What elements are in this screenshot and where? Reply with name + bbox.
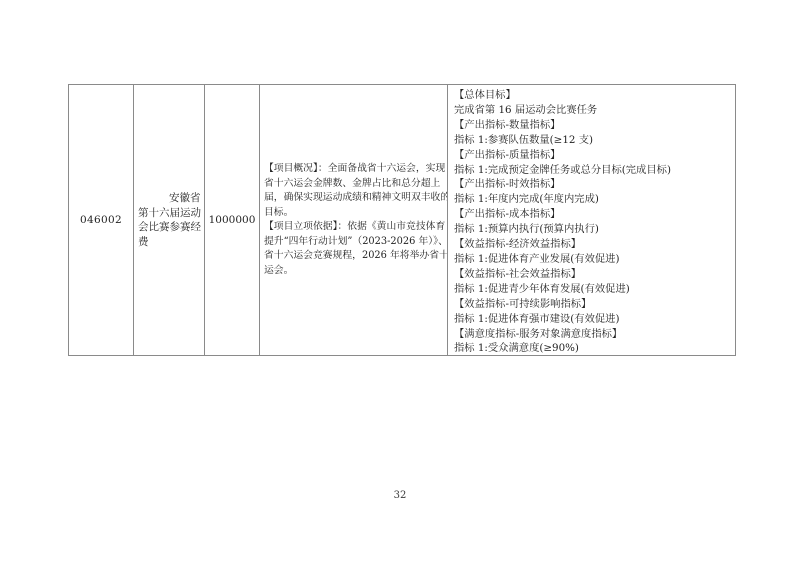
page-number: 32 — [0, 490, 800, 501]
project-amount-cell: 1000000 — [205, 85, 260, 355]
project-description-cell: 【项目概况】：全面备战省十六运会，实现 省十六运会金牌数、金牌占比和总分超上 届… — [260, 85, 448, 355]
project-description: 【项目概况】：全面备战省十六运会，实现 省十六运会金牌数、金牌占比和总分超上 届… — [264, 162, 448, 278]
project-name: 安徽省 第十六届运动 会比赛参赛经 费 — [138, 191, 201, 249]
document-page: 046002 安徽省 第十六届运动 会比赛参赛经 费 1000000 【项目概况… — [0, 0, 800, 565]
project-code-cell: 046002 — [69, 85, 134, 355]
project-name-cell: 安徽省 第十六届运动 会比赛参赛经 费 — [134, 85, 205, 355]
performance-indicators-cell: 【总体目标】 完成省第 16 届运动会比赛任务 【产出指标-数量指标】 指标 1… — [448, 85, 735, 355]
project-budget-table: 046002 安徽省 第十六届运动 会比赛参赛经 费 1000000 【项目概况… — [68, 84, 736, 356]
performance-indicators: 【总体目标】 完成省第 16 届运动会比赛任务 【产出指标-数量指标】 指标 1… — [454, 88, 729, 355]
